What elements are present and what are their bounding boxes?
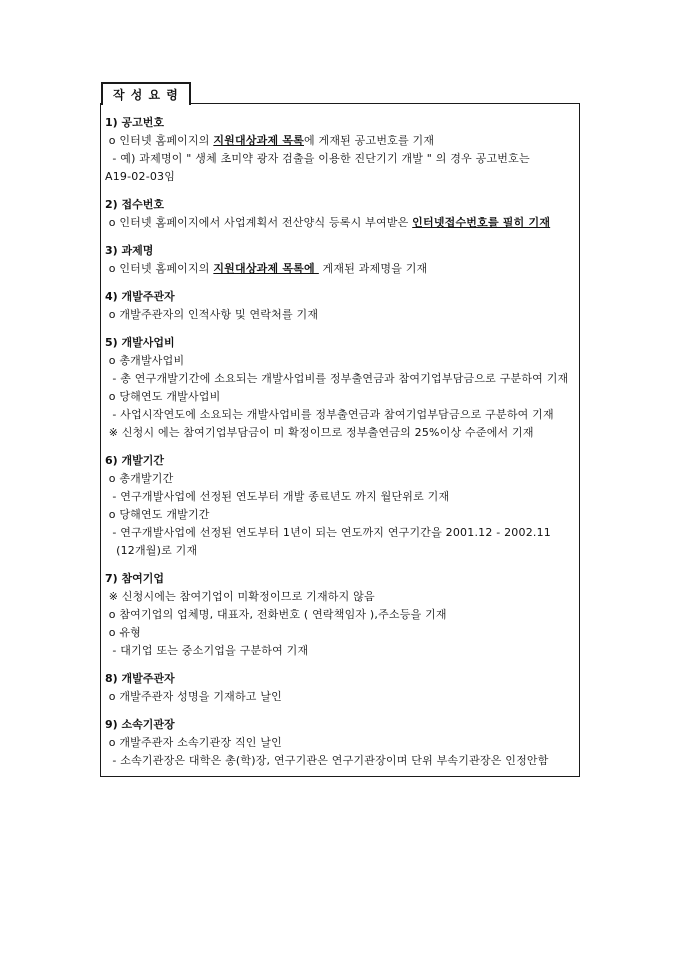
text-line: - 예) 과제명이 " 생체 초미약 광자 검출을 이용한 진단기기 개발 " … (105, 150, 575, 168)
section: 1) 공고번호 o 인터넷 홈페이지의 지원대상과제 목록에 게재된 공고번호를… (105, 114, 575, 186)
text-segment: (12개월)로 기재 (105, 544, 197, 557)
section: 2) 접수번호 o 인터넷 홈페이지에서 사업계획서 전산양식 등록시 부여받은… (105, 196, 575, 232)
text-segment: ※ 신청시 에는 참여기업부담금이 미 확정이므로 정부출연금의 25%이상 수… (105, 426, 534, 439)
section: 8) 개발주관자 o 개발주관자 성명을 기재하고 날인 (105, 670, 575, 706)
text-segment: 에 게재된 공고번호를 기재 (304, 134, 434, 147)
text-segment: o 당해연도 개발기간 (105, 508, 210, 521)
text-segment: o 총개발기간 (105, 472, 173, 485)
section-heading: 6) 개발기간 (105, 452, 575, 470)
text-segment: 지원대상과제 목록에 (213, 262, 319, 275)
text-line: o 개발주관자 소속기관장 직인 날인 (105, 734, 575, 752)
section: 6) 개발기간 o 총개발기간 - 연구개발사업에 선정된 연도부터 개발 종료… (105, 452, 575, 560)
text-segment: o 당해연도 개발사업비 (105, 390, 220, 403)
section-heading: 2) 접수번호 (105, 196, 575, 214)
guideline-box: 1) 공고번호 o 인터넷 홈페이지의 지원대상과제 목록에 게재된 공고번호를… (100, 103, 580, 777)
text-segment: - 예) 과제명이 " 생체 초미약 광자 검출을 이용한 진단기기 개발 " … (105, 152, 530, 165)
text-segment: - 연구개발사업에 선정된 연도부터 개발 종료년도 까지 월단위로 기재 (105, 490, 449, 503)
text-line: - 대기업 또는 중소기업을 구분하여 기재 (105, 642, 575, 660)
document-page: 작 성 요 령 1) 공고번호 o 인터넷 홈페이지의 지원대상과제 목록에 게… (0, 0, 680, 962)
text-segment: o 개발주관자 소속기관장 직인 날인 (105, 736, 282, 749)
text-line: o 총개발기간 (105, 470, 575, 488)
text-segment: ※ 신청시에는 참여기업이 미확정이므로 기재하지 않음 (105, 590, 375, 603)
text-line: - 총 연구개발기간에 소요되는 개발사업비를 정부출연금과 참여기업부담금으로… (105, 370, 575, 388)
text-segment: o 인터넷 홈페이지의 (105, 134, 213, 147)
text-line: - 사업시작연도에 소요되는 개발사업비를 정부출연금과 참여기업부담금으로 구… (105, 406, 575, 424)
section-heading: 1) 공고번호 (105, 114, 575, 132)
text-segment: o 개발주관자의 인적사항 및 연락처를 기재 (105, 308, 318, 321)
text-line: - 연구개발사업에 선정된 연도부터 개발 종료년도 까지 월단위로 기재 (105, 488, 575, 506)
title-tab: 작 성 요 령 (101, 82, 191, 105)
text-line: o 개발주관자 성명을 기재하고 날인 (105, 688, 575, 706)
text-line: o 인터넷 홈페이지에서 사업계획서 전산양식 등록시 부여받은 인터넷접수번호… (105, 214, 575, 232)
section-heading: 8) 개발주관자 (105, 670, 575, 688)
guideline-sheet: 작 성 요 령 1) 공고번호 o 인터넷 홈페이지의 지원대상과제 목록에 게… (100, 82, 580, 777)
text-segment: - 소속기관장은 대학은 총(학)장, 연구기관은 연구기관장이며 단위 부속기… (105, 754, 549, 767)
section-heading: 4) 개발주관자 (105, 288, 575, 306)
text-segment: o 유형 (105, 626, 141, 639)
text-segment: A19-02-03임 (105, 170, 175, 183)
text-segment: - 연구개발사업에 선정된 연도부터 1년이 되는 연도까지 연구기간을 200… (105, 526, 551, 539)
text-segment: 게재된 과제명을 기재 (319, 262, 428, 275)
text-line: A19-02-03임 (105, 168, 575, 186)
text-line: o 인터넷 홈페이지의 지원대상과제 목록에 게재된 과제명을 기재 (105, 260, 575, 278)
sections: 1) 공고번호 o 인터넷 홈페이지의 지원대상과제 목록에 게재된 공고번호를… (105, 114, 575, 770)
text-segment: - 총 연구개발기간에 소요되는 개발사업비를 정부출연금과 참여기업부담금으로… (105, 372, 568, 385)
section-heading: 3) 과제명 (105, 242, 575, 260)
text-line: - 연구개발사업에 선정된 연도부터 1년이 되는 연도까지 연구기간을 200… (105, 524, 575, 542)
text-line: o 유형 (105, 624, 575, 642)
section: 3) 과제명 o 인터넷 홈페이지의 지원대상과제 목록에 게재된 과제명을 기… (105, 242, 575, 278)
text-segment: o 인터넷 홈페이지에서 사업계획서 전산양식 등록시 부여받은 (105, 216, 412, 229)
section: 5) 개발사업비 o 총개발사업비 - 총 연구개발기간에 소요되는 개발사업비… (105, 334, 575, 442)
text-line: ※ 신청시 에는 참여기업부담금이 미 확정이므로 정부출연금의 25%이상 수… (105, 424, 575, 442)
text-line: o 참여기업의 업체명, 대표자, 전화번호 ( 연락책임자 ),주소등을 기재 (105, 606, 575, 624)
text-segment: o 참여기업의 업체명, 대표자, 전화번호 ( 연락책임자 ),주소등을 기재 (105, 608, 447, 621)
text-line: o 당해연도 개발기간 (105, 506, 575, 524)
section: 4) 개발주관자 o 개발주관자의 인적사항 및 연락처를 기재 (105, 288, 575, 324)
text-segment: 인터넷접수번호를 필히 기재 (412, 216, 550, 229)
text-line: (12개월)로 기재 (105, 542, 575, 560)
text-segment: 지원대상과제 목록 (213, 134, 304, 147)
text-segment: o 개발주관자 성명을 기재하고 날인 (105, 690, 282, 703)
text-line: ※ 신청시에는 참여기업이 미확정이므로 기재하지 않음 (105, 588, 575, 606)
text-segment: - 대기업 또는 중소기업을 구분하여 기재 (105, 644, 308, 657)
section-heading: 5) 개발사업비 (105, 334, 575, 352)
text-line: - 소속기관장은 대학은 총(학)장, 연구기관은 연구기관장이며 단위 부속기… (105, 752, 575, 770)
text-segment: - 사업시작연도에 소요되는 개발사업비를 정부출연금과 참여기업부담금으로 구… (105, 408, 554, 421)
text-segment: o 총개발사업비 (105, 354, 184, 367)
text-line: o 총개발사업비 (105, 352, 575, 370)
section-heading: 9) 소속기관장 (105, 716, 575, 734)
section-heading: 7) 참여기업 (105, 570, 575, 588)
text-line: o 인터넷 홈페이지의 지원대상과제 목록에 게재된 공고번호를 기재 (105, 132, 575, 150)
section: 7) 참여기업 ※ 신청시에는 참여기업이 미확정이므로 기재하지 않음 o 참… (105, 570, 575, 660)
section: 9) 소속기관장 o 개발주관자 소속기관장 직인 날인 - 소속기관장은 대학… (105, 716, 575, 770)
text-line: o 당해연도 개발사업비 (105, 388, 575, 406)
text-line: o 개발주관자의 인적사항 및 연락처를 기재 (105, 306, 575, 324)
text-segment: o 인터넷 홈페이지의 (105, 262, 213, 275)
